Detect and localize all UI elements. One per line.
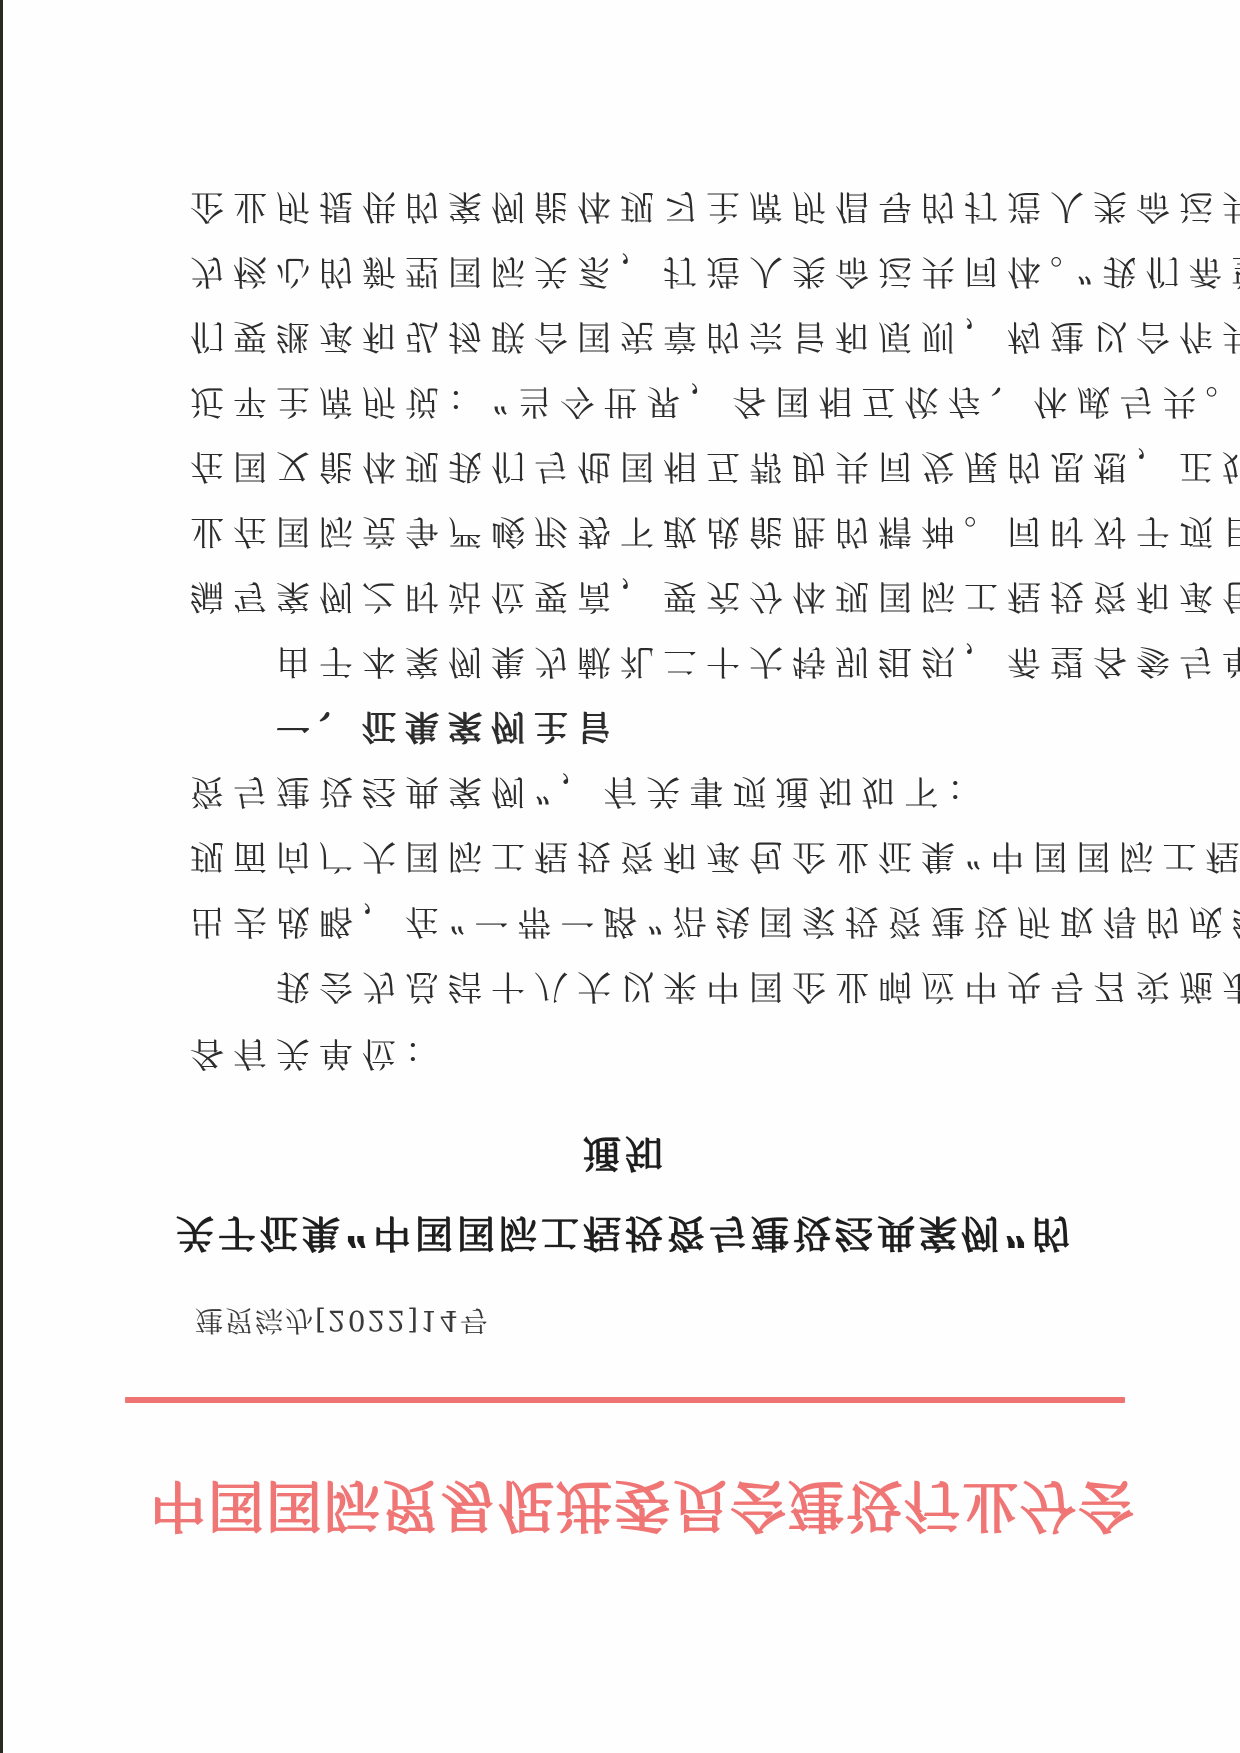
section-heading: 一、征集案例主旨 [276,704,620,748]
body-line: 现面向广大国际工程投资和承包企业征集“中国国际工程投 [190,834,1240,878]
body-line: 业在国际竞争严峻形势下敢战能胜的精神。同时对于项目所 [190,509,1240,553]
body-line: 企业所提供的案例能体现习主席所倡导的打造人类命运共 [190,184,1240,228]
body-line: 由于本案例集为献礼二十大特别组织，希望各参与单位 [276,639,1240,683]
body-line: 我会为总结十八大以来中国企业响应中央号召实施走 [276,964,1240,1008]
scan-border [0,0,3,1753]
body-line: 资与建设经典案例”，有关事项通知如下： [190,769,990,813]
scanned-document-page: 中国国际贸易促进委员会建设行业分会 建贸综办[2022]14号 关于征集“中国国… [0,0,1240,1753]
body-line: 在国又能体现我们与他国相互帮助共同发展的思想，正如习 [190,444,1240,488]
body-line: 出去战略，在“一带一路”沿线国家投资建设所取得的成绩。 [190,899,1240,943]
body-line: 为核心的新型国际关系，打造人类命运共同体。”我们希望 [190,249,1240,293]
body-line: 近平主席所说：“当今世界，各国相互依存、休戚与共。我 [190,379,1240,423]
body-line: 编写案例之时站位要高，要充分体现国际工程投资和承包企 [190,574,1240,618]
document-body: 我会为总结十八大以来中国企业响应中央号召实施走 出去战略，在“一带一路”沿线国家… [190,0,1060,1753]
body-line: 们要继承和弘扬联合国宪章的宗旨和原则，构建以合作共赢 [190,314,1240,358]
